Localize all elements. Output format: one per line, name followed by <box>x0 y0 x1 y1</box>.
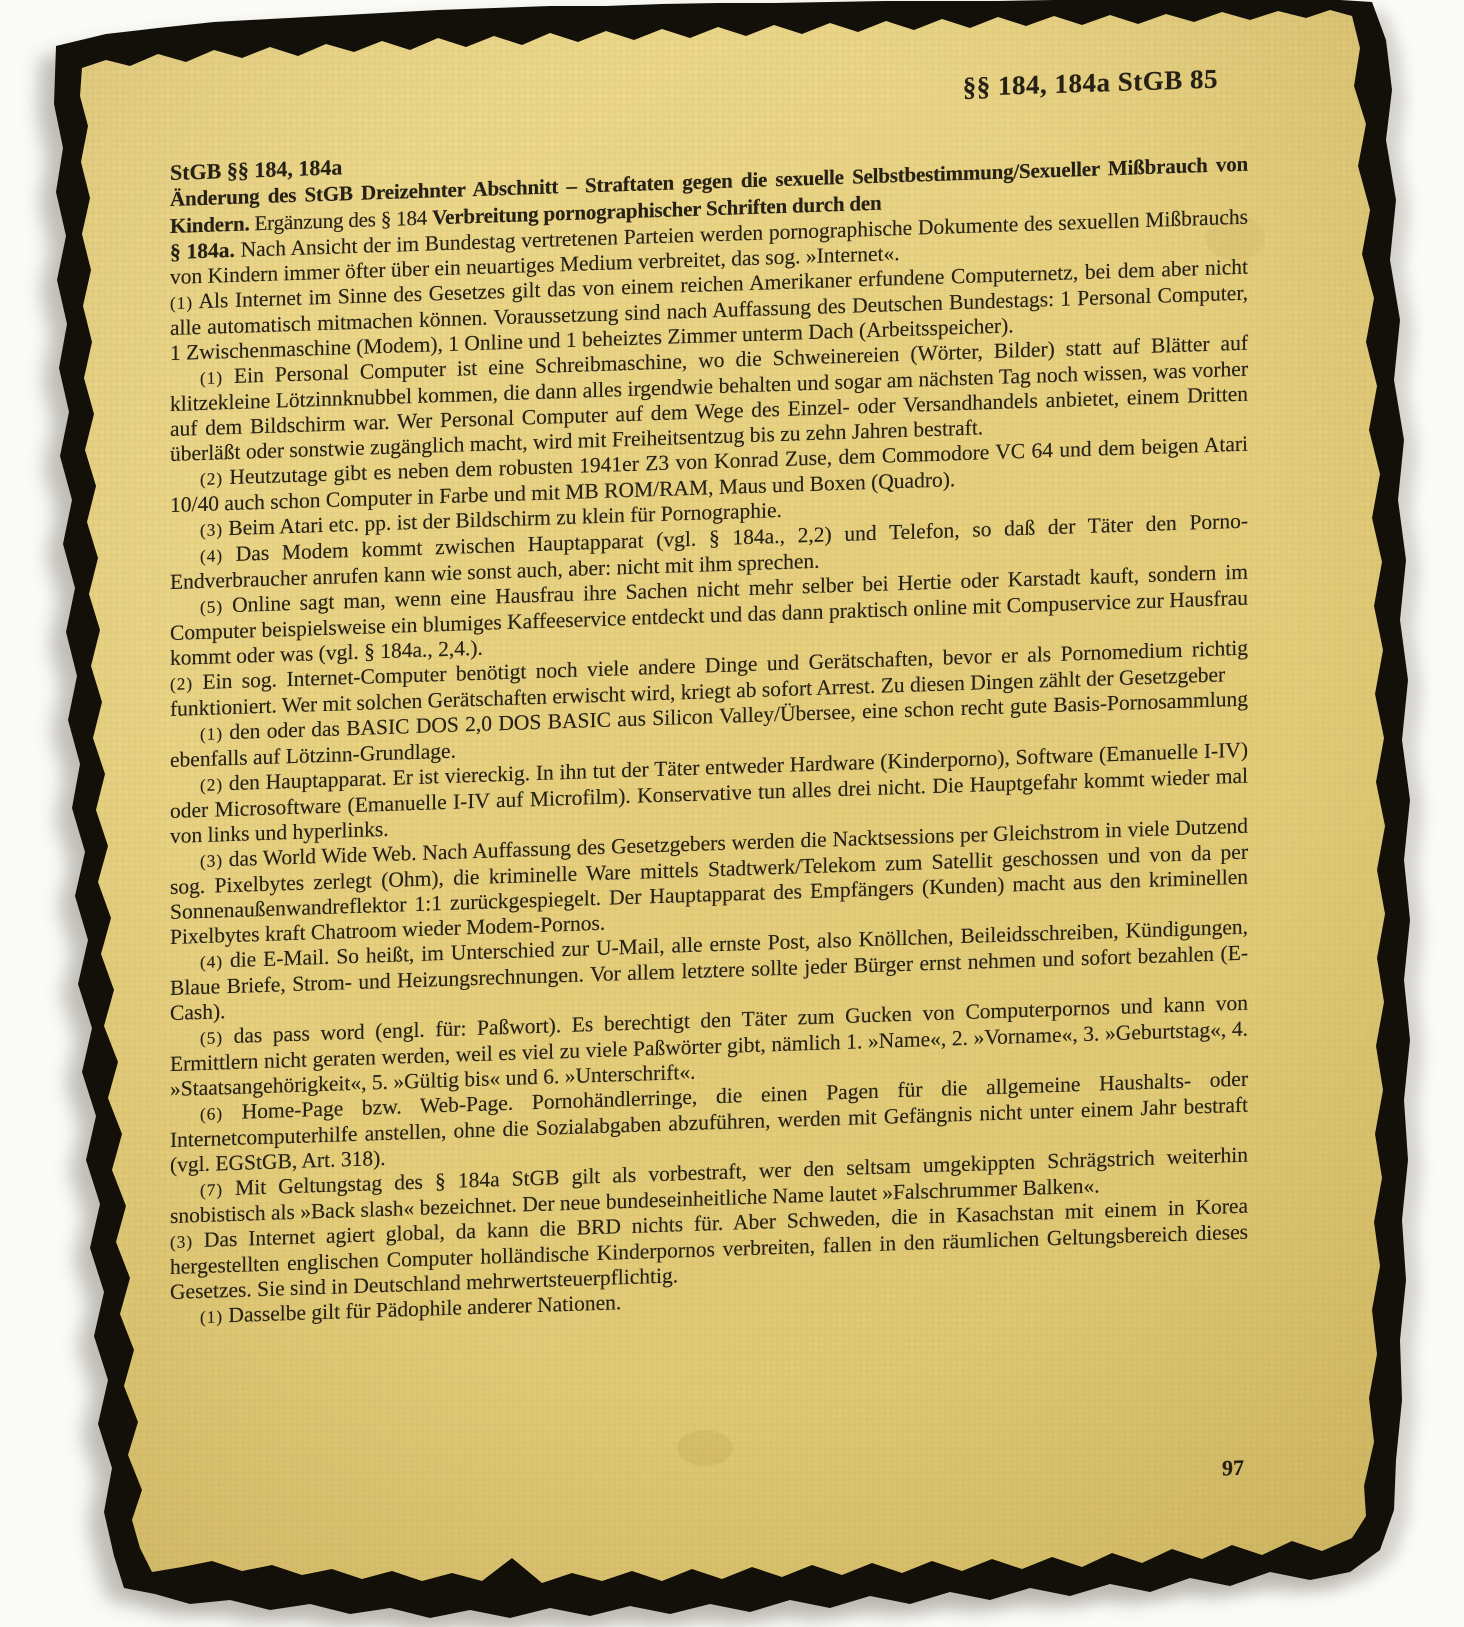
scanned-document-page: { "header_right": "§§ 184, 184a StGB 85"… <box>0 0 1464 1627</box>
item-marker: (7) <box>200 1180 223 1200</box>
item-marker: (1) <box>200 1307 223 1327</box>
body-paragraphs: (1) Als Internet im Sinne des Gesetzes g… <box>170 255 1248 1331</box>
page-number: 97 <box>1222 1455 1244 1482</box>
item-marker: (6) <box>200 1104 223 1124</box>
item-marker: (3) <box>200 851 223 871</box>
text: Ergänzung des § 184 <box>250 205 433 235</box>
item-marker: (2) <box>170 674 193 694</box>
item-marker: (3) <box>200 520 223 540</box>
item-marker: (1) <box>170 293 193 313</box>
item-marker: (3) <box>170 1232 193 1252</box>
item-marker: (4) <box>200 952 223 972</box>
item-marker: (5) <box>200 1028 223 1048</box>
item-marker: (4) <box>200 546 223 566</box>
item-marker: (5) <box>200 597 223 617</box>
page-text-area: §§ 184, 184a StGB 85 StGB §§ 184, 184a Ä… <box>170 27 1248 1562</box>
item-marker: (1) <box>200 724 223 744</box>
running-head: §§ 184, 184a StGB 85 <box>170 63 1248 129</box>
item-marker: (2) <box>200 775 223 795</box>
item-marker: (2) <box>200 469 223 489</box>
bold-text: § 184a. <box>170 238 235 264</box>
item-marker: (1) <box>200 368 223 388</box>
